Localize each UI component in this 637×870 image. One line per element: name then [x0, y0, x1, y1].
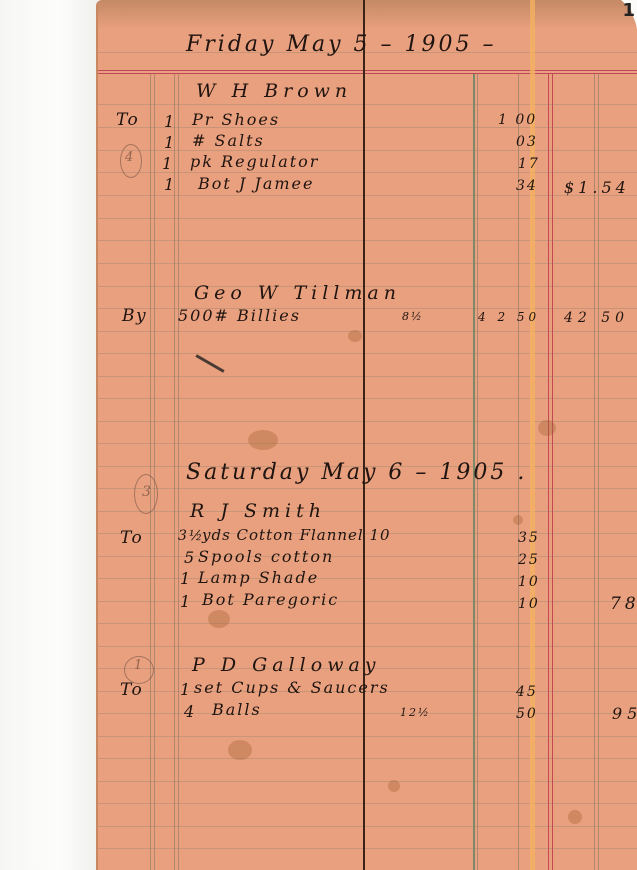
page-top-shadow	[98, 0, 637, 30]
item-amount: 03	[516, 134, 538, 150]
ledger-page: 1	[96, 0, 637, 870]
item-qty: 1	[162, 154, 174, 173]
item-amount: 1 00	[498, 112, 537, 128]
margin-mark: To	[116, 110, 139, 130]
item-desc: # Salts	[192, 131, 265, 150]
item-desc: Balls	[212, 700, 262, 719]
item-qty: 1	[164, 112, 176, 131]
item-desc: Bot J Jamee	[198, 174, 314, 193]
item-desc: Spools cotton	[198, 547, 334, 566]
item-qty: 1	[180, 680, 192, 699]
margin-mark: To	[120, 680, 143, 700]
page-number: 1	[622, 0, 635, 21]
item-amount: 45	[516, 684, 538, 700]
customer-name: R J Smith	[190, 500, 326, 522]
entry-total: 78	[610, 594, 637, 614]
customer-name: P D Galloway	[192, 654, 381, 676]
pencil-arrow-mark	[195, 354, 224, 373]
circled-number: 1	[134, 658, 144, 673]
item-desc: yds Cotton Flannel 10	[202, 526, 391, 544]
margin-mark: By	[122, 306, 147, 326]
item-amount: 35	[518, 530, 540, 546]
item-qty: 1	[180, 569, 192, 588]
item-rate: 12½	[400, 706, 431, 719]
item-qty: 4	[184, 702, 196, 721]
item-amount: 4 2 50	[478, 310, 540, 324]
item-amount: 10	[518, 596, 540, 612]
item-qty: 5	[184, 548, 196, 567]
item-desc: Lamp Shade	[198, 568, 319, 587]
item-desc: set Cups & Saucers	[194, 678, 390, 697]
item-desc: pk Regulator	[190, 152, 319, 171]
entry-date: Saturday May 6 – 1905 .	[186, 460, 527, 485]
item-desc: Pr Shoes	[192, 110, 280, 129]
entry-total: 95	[612, 704, 637, 723]
item-qty: 1	[180, 592, 192, 611]
entry-total: $1.54	[564, 178, 630, 197]
orange-rule	[530, 0, 535, 870]
customer-name: Geo W Tillman	[194, 282, 401, 304]
center-dark-rule	[363, 0, 365, 870]
scanner-background	[0, 0, 100, 870]
customer-name: W H Brown	[196, 80, 352, 102]
entry-date: Friday May 5 – 1905 –	[186, 32, 496, 57]
item-amount: 25	[518, 552, 540, 568]
item-amount: 50	[516, 706, 538, 722]
item-qty: 1	[164, 133, 176, 152]
entry-total: 42 50	[564, 310, 629, 326]
margin-mark: To	[120, 528, 143, 548]
item-amount: 17	[518, 156, 540, 172]
item-desc: 500# Billies	[178, 306, 301, 325]
item-qty: 1	[164, 175, 176, 194]
item-rate: 8½	[402, 310, 424, 323]
item-qty: 3½	[178, 528, 204, 544]
circled-number: 3	[142, 484, 152, 500]
item-amount: 34	[516, 178, 538, 194]
item-desc: Bot Paregoric	[202, 590, 339, 609]
item-amount: 10	[518, 574, 540, 590]
circled-number: 4	[125, 150, 135, 165]
